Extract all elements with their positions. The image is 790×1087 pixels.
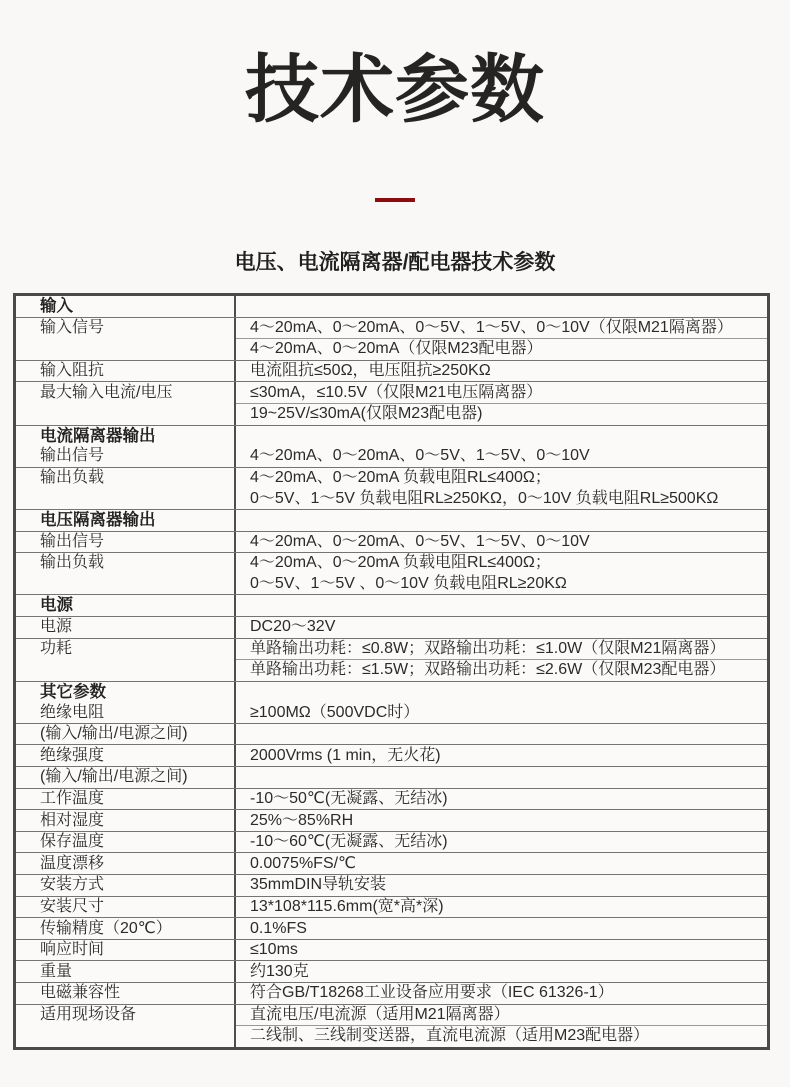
param-value: 35mmDIN导轨安装 <box>236 875 767 896</box>
param-value-cell: -10～60℃(无凝露、无结冰) <box>236 832 767 853</box>
param-label-cell: 输入信号 <box>16 318 236 360</box>
table-row: 适用现场设备直流电压/电流源（适用M21隔离器）二线制、三线制变送器，直流电流源… <box>16 1004 767 1047</box>
param-label-cell: 输入 <box>16 296 236 317</box>
table-row: (输入/输出/电源之间) <box>16 723 767 745</box>
param-value: ≥100MΩ（500VDC时） <box>236 702 767 723</box>
section-label: 输入 <box>40 296 234 317</box>
section-label: 其它参数 <box>40 682 234 703</box>
table-row: 输入阻抗电流阻抗≤50Ω，电压阻抗≥250KΩ <box>16 360 767 382</box>
param-label-cell: 其它参数绝缘电阻 <box>16 682 236 723</box>
param-value-cell: 0.1%FS <box>236 918 767 939</box>
title-divider <box>375 198 415 202</box>
param-value-cell <box>236 510 767 531</box>
param-label: 重量 <box>40 961 234 982</box>
param-value: 25%～85%RH <box>236 810 767 831</box>
param-label-cell: 适用现场设备 <box>16 1005 236 1047</box>
param-value-cell: 13*108*115.6mm(宽*高*深) <box>236 897 767 918</box>
param-value-cell: 4～20mA、0～20mA 负载电阻RL≤400Ω；0～5V、1～5V 负载电阻… <box>236 468 767 509</box>
table-row: 保存温度-10～60℃(无凝露、无结冰) <box>16 831 767 853</box>
table-row: 传输精度（20℃）0.1%FS <box>16 917 767 939</box>
param-value: 13*108*115.6mm(宽*高*深) <box>236 897 767 918</box>
param-value-cell <box>236 595 767 616</box>
param-value-cell: 直流电压/电流源（适用M21隔离器）二线制、三线制变送器，直流电流源（适用M23… <box>236 1005 767 1047</box>
param-value-cell: DC20～32V <box>236 617 767 638</box>
table-row: 温度漂移0.0075%FS/℃ <box>16 852 767 874</box>
param-label-cell: 安装方式 <box>16 875 236 896</box>
param-label: 绝缘强度 <box>40 745 234 766</box>
param-label-cell: 重量 <box>16 961 236 982</box>
param-value: 单路输出功耗：≤1.5W；双路输出功耗：≤2.6W（仅限M23配电器） <box>236 659 767 681</box>
param-label: 传输精度（20℃） <box>40 918 234 939</box>
param-value-cell: 4～20mA、0～20mA 负载电阻RL≤400Ω；0～5V、1～5V 、0～1… <box>236 553 767 594</box>
param-value-cell: 单路输出功耗：≤0.8W；双路输出功耗：≤1.0W（仅限M21隔离器）单路输出功… <box>236 639 767 681</box>
param-label: (输入/输出/电源之间) <box>40 724 234 745</box>
param-label: 绝缘电阻 <box>40 702 234 723</box>
param-value: 4～20mA、0～20mA 负载电阻RL≤400Ω； <box>236 553 767 574</box>
param-label: 输出信号 <box>40 532 234 553</box>
param-label-cell: (输入/输出/电源之间) <box>16 767 236 788</box>
param-value: 4～20mA、0～20mA（仅限M23配电器） <box>236 338 767 360</box>
param-value-cell: ≤10ms <box>236 940 767 961</box>
param-label-cell: 传输精度（20℃） <box>16 918 236 939</box>
section-label: 电源 <box>40 595 234 616</box>
table-row: 电磁兼容性符合GB/T18268工业设备应用要求（IEC 61326-1） <box>16 982 767 1004</box>
param-label: 温度漂移 <box>40 853 234 874</box>
table-caption: 电压、电流隔离器/配电器技术参数 <box>0 252 790 274</box>
param-label-cell: 响应时间 <box>16 940 236 961</box>
param-label-cell: 电流隔离器输出输出信号 <box>16 426 236 467</box>
param-value-cell: 电流阻抗≤50Ω，电压阻抗≥250KΩ <box>236 361 767 382</box>
param-value: ≤30mA，≤10.5V（仅限M21电压隔离器） <box>236 382 767 403</box>
param-label-cell: 温度漂移 <box>16 853 236 874</box>
param-value-cell: 4～20mA、0～20mA、0～5V、1～5V、0～10V <box>236 426 767 467</box>
table-row: 工作温度-10～50℃(无凝露、无结冰) <box>16 788 767 810</box>
param-value-cell: 35mmDIN导轨安装 <box>236 875 767 896</box>
param-value: ≤10ms <box>236 940 767 961</box>
param-value-cell: 25%～85%RH <box>236 810 767 831</box>
page: 技术参数 电压、电流隔离器/配电器技术参数 输入输入信号4～20mA、0～20m… <box>0 0 790 1087</box>
param-value-cell: -10～50℃(无凝露、无结冰) <box>236 789 767 810</box>
page-title: 技术参数 <box>0 0 790 140</box>
section-label: 电压隔离器输出 <box>40 510 234 531</box>
table-row: 电源 <box>16 594 767 616</box>
param-value-cell: ≥100MΩ（500VDC时） <box>236 682 767 723</box>
param-label: 保存温度 <box>40 832 234 853</box>
param-value: 直流电压/电流源（适用M21隔离器） <box>236 1005 767 1026</box>
table-row: 电流隔离器输出输出信号4～20mA、0～20mA、0～5V、1～5V、0～10V <box>16 425 767 467</box>
param-label-cell: 工作温度 <box>16 789 236 810</box>
param-value-cell <box>236 296 767 317</box>
param-label-cell: 输出信号 <box>16 532 236 553</box>
param-value: 4～20mA、0～20mA 负载电阻RL≤400Ω； <box>236 468 767 489</box>
param-label: 工作温度 <box>40 789 234 810</box>
param-value-cell: 2000Vrms (1 min，无火花) <box>236 745 767 766</box>
param-label-cell: 输出负载 <box>16 553 236 594</box>
param-label: 输出负载 <box>40 553 234 574</box>
param-value: 19~25V/≤30mA(仅限M23配电器) <box>236 403 767 425</box>
table-row: 输入信号4～20mA、0～20mA、0～5V、1～5V、0～10V（仅限M21隔… <box>16 317 767 360</box>
param-label: 输入阻抗 <box>40 361 234 382</box>
param-value: 0～5V、1～5V 负载电阻RL≥250KΩ，0～10V 负载电阻RL≥500K… <box>236 488 767 509</box>
param-label: (输入/输出/电源之间) <box>40 767 234 788</box>
param-value: 电流阻抗≤50Ω，电压阻抗≥250KΩ <box>236 361 767 382</box>
spec-table: 输入输入信号4～20mA、0～20mA、0～5V、1～5V、0～10V（仅限M2… <box>13 293 770 1050</box>
param-value-cell: 4～20mA、0～20mA、0～5V、1～5V、0～10V（仅限M21隔离器）4… <box>236 318 767 360</box>
param-value-cell: 0.0075%FS/℃ <box>236 853 767 874</box>
param-value-cell: 4～20mA、0～20mA、0～5V、1～5V、0～10V <box>236 532 767 553</box>
param-label: 安装方式 <box>40 875 234 896</box>
param-value-cell: 符合GB/T18268工业设备应用要求（IEC 61326-1） <box>236 983 767 1004</box>
param-label-cell: 相对湿度 <box>16 810 236 831</box>
table-row: 安装方式35mmDIN导轨安装 <box>16 874 767 896</box>
table-row: 输出负载4～20mA、0～20mA 负载电阻RL≤400Ω；0～5V、1～5V … <box>16 467 767 509</box>
table-row: 绝缘强度2000Vrms (1 min，无火花) <box>16 744 767 766</box>
param-label-cell: 电压隔离器输出 <box>16 510 236 531</box>
param-value: -10～60℃(无凝露、无结冰) <box>236 832 767 853</box>
table-row: 输出负载4～20mA、0～20mA 负载电阻RL≤400Ω；0～5V、1～5V … <box>16 552 767 594</box>
param-label: 相对湿度 <box>40 810 234 831</box>
param-label-cell: (输入/输出/电源之间) <box>16 724 236 745</box>
param-value-cell <box>236 767 767 788</box>
param-value: 4～20mA、0～20mA、0～5V、1～5V、0～10V（仅限M21隔离器） <box>236 318 767 339</box>
param-label: 输出信号 <box>40 446 234 467</box>
table-row: 电源DC20～32V <box>16 616 767 638</box>
param-label-cell: 电源 <box>16 617 236 638</box>
param-value-cell <box>236 724 767 745</box>
param-label-cell: 保存温度 <box>16 832 236 853</box>
table-row: 响应时间≤10ms <box>16 939 767 961</box>
table-row: 输入 <box>16 296 767 317</box>
param-value: 2000Vrms (1 min，无火花) <box>236 745 767 766</box>
param-value: 4～20mA、0～20mA、0～5V、1～5V、0～10V <box>236 532 767 553</box>
table-row: 输出信号4～20mA、0～20mA、0～5V、1～5V、0～10V <box>16 531 767 553</box>
param-label: 最大输入电流/电压 <box>40 382 234 403</box>
table-row: 重量约130克 <box>16 960 767 982</box>
param-label-cell: 电磁兼容性 <box>16 983 236 1004</box>
table-row: 相对湿度25%～85%RH <box>16 809 767 831</box>
param-value: 4～20mA、0～20mA、0～5V、1～5V、0～10V <box>236 446 767 467</box>
param-value: 0.0075%FS/℃ <box>236 853 767 874</box>
param-value: 0～5V、1～5V 、0～10V 负载电阻RL≥20KΩ <box>236 574 767 595</box>
table-row: (输入/输出/电源之间) <box>16 766 767 788</box>
param-value-cell: 约130克 <box>236 961 767 982</box>
param-label: 电磁兼容性 <box>40 983 234 1004</box>
param-value: 符合GB/T18268工业设备应用要求（IEC 61326-1） <box>236 983 767 1004</box>
param-value: 二线制、三线制变送器，直流电流源（适用M23配电器） <box>236 1025 767 1047</box>
param-value-cell: ≤30mA，≤10.5V（仅限M21电压隔离器）19~25V/≤30mA(仅限M… <box>236 382 767 424</box>
param-label-cell: 输入阻抗 <box>16 361 236 382</box>
param-label-cell: 安装尺寸 <box>16 897 236 918</box>
table-row: 电压隔离器输出 <box>16 509 767 531</box>
param-value: 单路输出功耗：≤0.8W；双路输出功耗：≤1.0W（仅限M21隔离器） <box>236 639 767 660</box>
param-label: 适用现场设备 <box>40 1005 234 1026</box>
param-label-cell: 功耗 <box>16 639 236 681</box>
table-row: 功耗单路输出功耗：≤0.8W；双路输出功耗：≤1.0W（仅限M21隔离器）单路输… <box>16 638 767 681</box>
section-label: 电流隔离器输出 <box>40 426 234 447</box>
param-value: 0.1%FS <box>236 918 767 939</box>
param-label-cell: 输出负载 <box>16 468 236 509</box>
table-row: 其它参数绝缘电阻≥100MΩ（500VDC时） <box>16 681 767 723</box>
param-label: 响应时间 <box>40 940 234 961</box>
param-label-cell: 电源 <box>16 595 236 616</box>
table-row: 安装尺寸13*108*115.6mm(宽*高*深) <box>16 896 767 918</box>
param-label-cell: 绝缘强度 <box>16 745 236 766</box>
param-label: 功耗 <box>40 639 234 660</box>
param-label: 电源 <box>40 617 234 638</box>
param-value: DC20～32V <box>236 617 767 638</box>
param-label: 安装尺寸 <box>40 897 234 918</box>
table-row: 最大输入电流/电压≤30mA，≤10.5V（仅限M21电压隔离器）19~25V/… <box>16 381 767 424</box>
param-label: 输入信号 <box>40 318 234 339</box>
param-label-cell: 最大输入电流/电压 <box>16 382 236 424</box>
param-value: 约130克 <box>236 961 767 982</box>
param-value: -10～50℃(无凝露、无结冰) <box>236 789 767 810</box>
param-label: 输出负载 <box>40 468 234 489</box>
